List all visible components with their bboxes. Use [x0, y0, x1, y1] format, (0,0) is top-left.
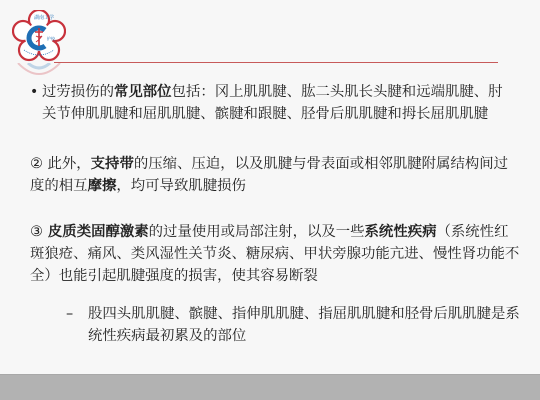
svg-text:湖南工学: 湖南工学 — [34, 14, 54, 21]
text: ，均可导致肌腱损伤 — [116, 178, 246, 194]
emphasis-text: 支持带 — [91, 156, 134, 172]
institution-logo-icon: 湖南工学 护校 — [12, 10, 66, 64]
point-common-sites: • 过劳损伤的常见部位包括：冈上肌肌腱、肱二头肌长头腱和远端肌腱、肘关节伸肌肌腱… — [42, 81, 512, 125]
text: 过劳损伤的 — [42, 84, 114, 100]
point-corticosteroids: ③ 皮质类固醇激素的过量使用或局部注射，以及一些系统性疾病（系统性红斑狼疮、痛风… — [30, 221, 520, 287]
point-retinaculum: ② 此外，支持带的压缩、压迫，以及肌腱与骨表面或相邻肌腱附属结构间过度的相互摩擦… — [30, 153, 520, 197]
text: 此外， — [43, 156, 91, 172]
subpoint-first-affected: – 股四头肌肌腱、髌腱、指伸肌肌腱、指屈肌肌腱和胫骨后肌肌腱是系统性疾病最初累及… — [88, 303, 528, 347]
footer-bar — [0, 374, 540, 400]
text: 的过量使用或局部注射，以及一些 — [149, 224, 365, 240]
number-marker: ② — [30, 156, 43, 172]
text: 股四头肌肌腱、髌腱、指伸肌肌腱、指屈肌肌腱和胫骨后肌肌腱是系统性疾病最初累及的部… — [88, 306, 520, 344]
number-marker: ③ — [30, 224, 43, 240]
bullet-marker: • — [30, 81, 38, 103]
emphasis-text: 系统性疾病 — [365, 224, 437, 240]
svg-text:护校: 护校 — [47, 35, 56, 41]
slide: 湖南工学 护校 • 过劳损伤的常见部位包括：冈上肌肌腱、肱二头肌长头腱和远端肌腱… — [0, 0, 540, 400]
emphasis-text: 摩擦 — [88, 178, 117, 194]
dash-marker: – — [66, 303, 73, 325]
logo-reflection — [16, 62, 62, 76]
emphasis-text: 皮质类固醇激素 — [43, 224, 149, 240]
header-divider — [54, 62, 498, 63]
emphasis-text: 常见部位 — [114, 84, 172, 100]
